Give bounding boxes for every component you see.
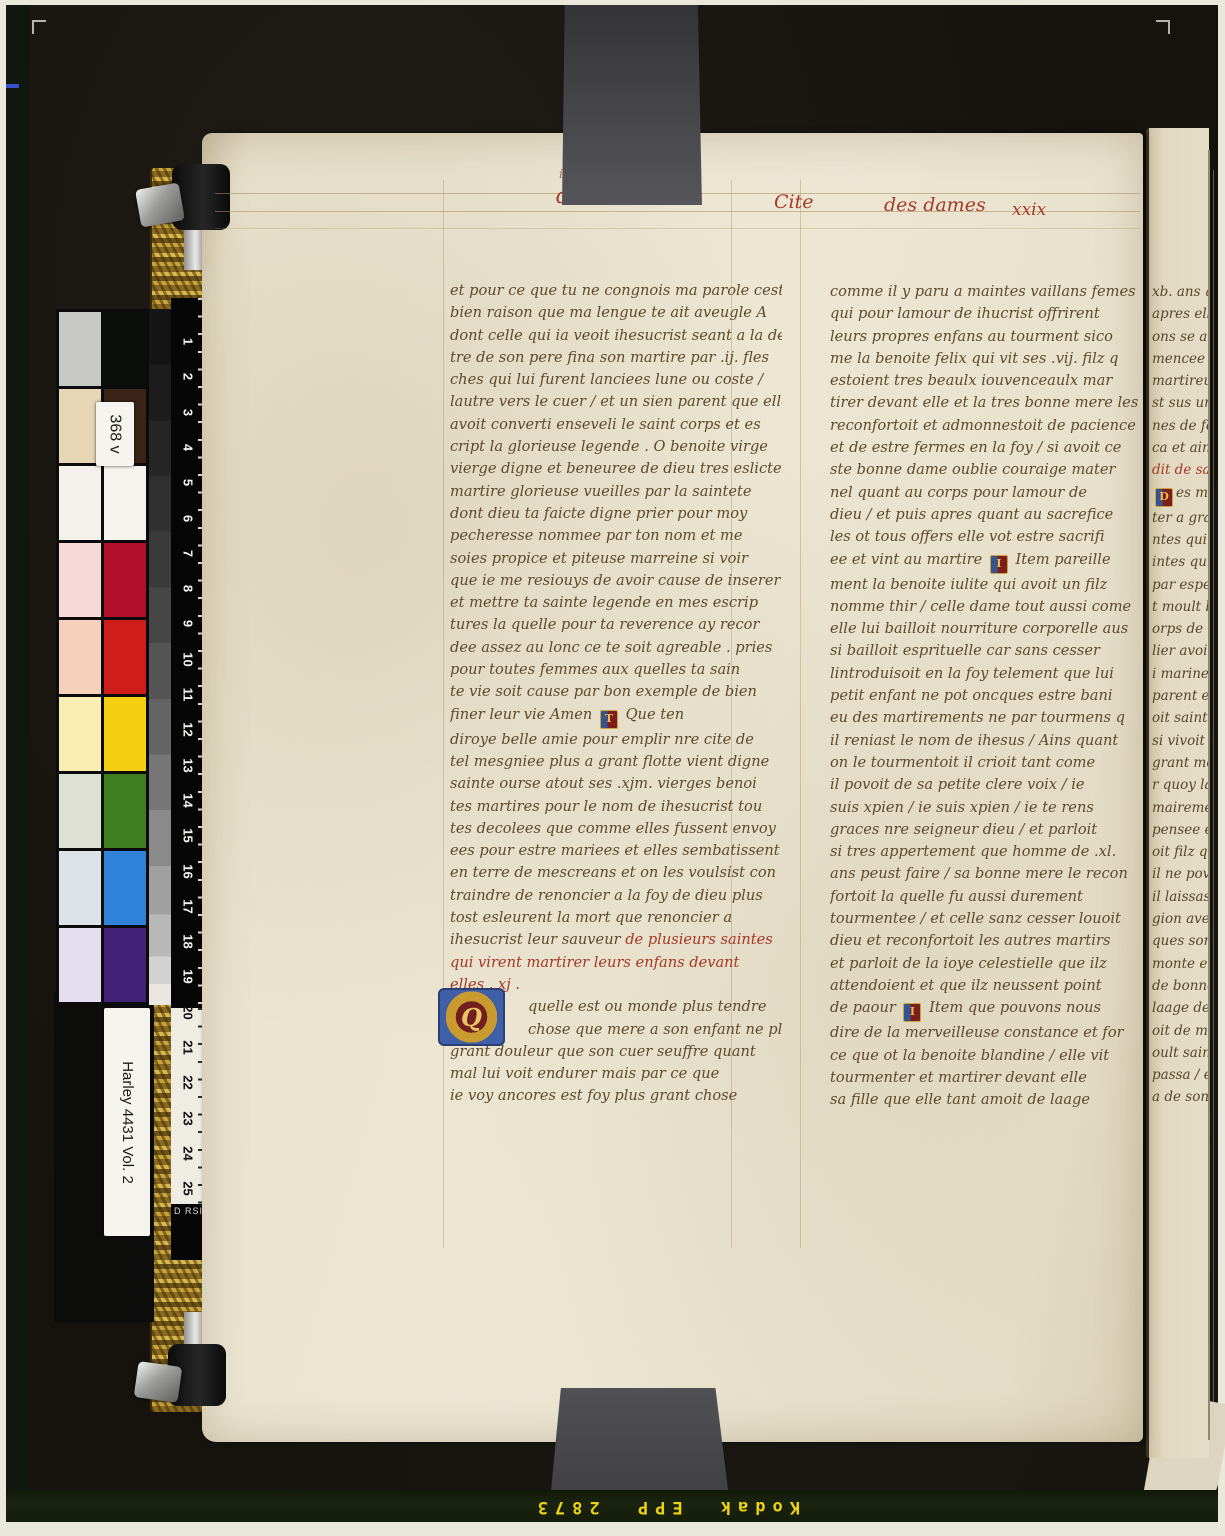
color-patch-gray-black-vivid	[104, 312, 146, 386]
page-edge-highlight	[1208, 150, 1210, 1440]
ruler-number: 8	[181, 581, 196, 597]
color-patch-lavender-purple-pale	[59, 928, 101, 1002]
ruler-number: 25	[181, 1181, 196, 1197]
page-edge-highlight	[1213, 170, 1214, 1420]
color-patch-peach-red-vivid	[104, 620, 146, 694]
photograph-frame: ▸ · ▸ · · D RSI 123456789101112131415161…	[0, 0, 1225, 1536]
color-patch-lavender-purple-vivid	[104, 928, 146, 1002]
color-patch-pink-crimson-pale	[59, 543, 101, 617]
ruler-number: 4	[181, 439, 196, 455]
ruler-number: 1	[181, 334, 196, 350]
color-patch-buff-brown-pale	[59, 389, 101, 463]
color-patch-peach-red-pale	[59, 620, 101, 694]
ruler-number: 18	[181, 934, 196, 950]
color-patch-sage-green-pale	[59, 774, 101, 848]
folio-number-label: 368 v	[96, 402, 134, 466]
grayscale-step-wedge	[149, 309, 171, 1005]
ruler-number: 12	[181, 722, 196, 738]
manuscript-page	[202, 133, 1143, 1442]
color-patch-pink-crimson-vivid	[104, 543, 146, 617]
folio-number-text: 368 v	[106, 414, 124, 453]
ruler-number: 19	[181, 969, 196, 985]
ruler-number: 5	[181, 475, 196, 491]
film-blue-mark	[6, 84, 19, 88]
ruler-number: 3	[181, 404, 196, 420]
ruler-number: 6	[181, 510, 196, 526]
color-patch-white-white-vivid	[104, 466, 146, 540]
color-patch-white-white-pale	[59, 466, 101, 540]
ruler-number: 24	[181, 1145, 196, 1161]
ruler-number: 14	[181, 792, 196, 808]
binding-clip-top-head	[135, 182, 185, 227]
ruler-number: 13	[181, 757, 196, 773]
ruler-number: 21	[181, 1040, 196, 1056]
color-patch-paleblue-blue-vivid	[104, 851, 146, 925]
color-patch-sage-green-vivid	[104, 774, 146, 848]
ruler-number: 7	[181, 545, 196, 561]
ruler-number: 16	[181, 863, 196, 879]
ruler-number: 23	[181, 1110, 196, 1126]
shelfmark-label: Harley 4431 Vol. 2	[104, 1008, 150, 1236]
film-brand-text: Kodak EPP 2873	[340, 1494, 800, 1520]
ruler-number: 20	[181, 1004, 196, 1020]
ruler-number: 9	[181, 616, 196, 632]
ruler-number: 22	[181, 1075, 196, 1091]
ruler-number: 11	[181, 687, 196, 703]
binding-clip-bottom-head	[134, 1361, 183, 1403]
color-patch-paleblue-blue-pale	[59, 851, 101, 925]
film-edge-left-strip	[6, 5, 30, 1490]
color-patch-paleyellow-yellow-vivid	[104, 697, 146, 771]
cradle-strap-top	[562, 5, 702, 205]
color-patch-paleyellow-yellow-pale	[59, 697, 101, 771]
ruler-number: 15	[181, 828, 196, 844]
color-patch-gray-black-pale	[59, 312, 101, 386]
ruler-number: 2	[181, 369, 196, 385]
ruler-number: 10	[181, 651, 196, 667]
ruler-number: 17	[181, 898, 196, 914]
ruler-brand-text: D RSI	[174, 1206, 203, 1216]
shelfmark-text: Harley 4431 Vol. 2	[119, 1061, 136, 1184]
next-page-fore-edge	[1146, 128, 1209, 1458]
